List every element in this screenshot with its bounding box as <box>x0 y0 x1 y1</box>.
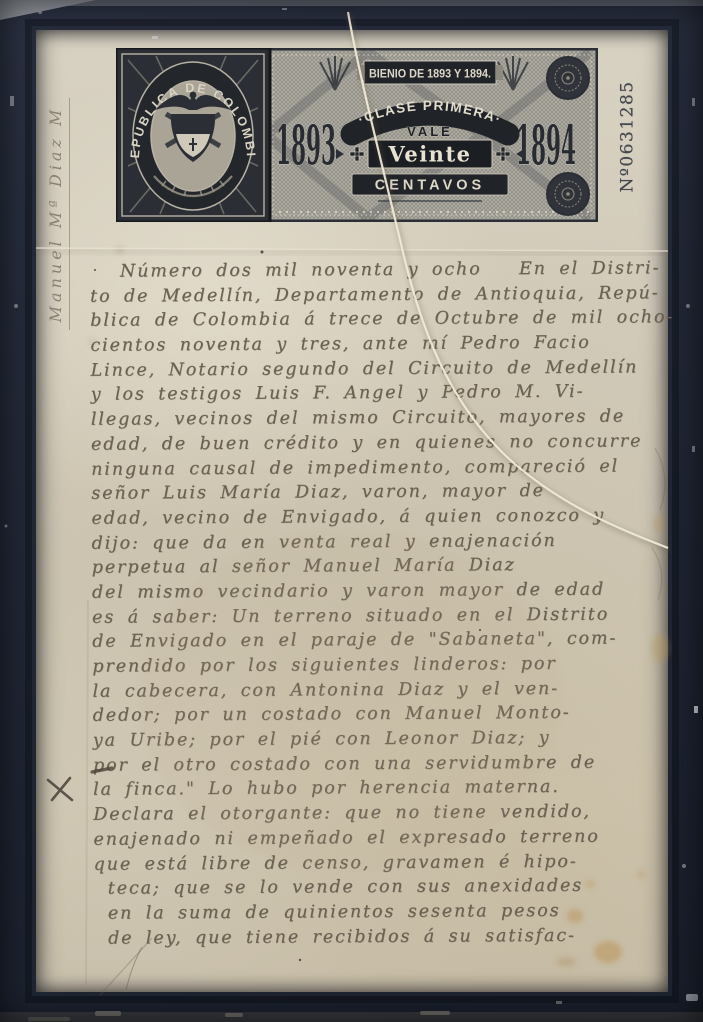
stamp-year-left: 1893 <box>276 113 336 177</box>
manuscript-line: prendido por los siguientes linderos: po… <box>92 651 658 679</box>
manuscript-line: señor Luis María Diaz, varon, mayor de <box>91 478 657 506</box>
manuscript-line: ninguna causal de impedimento, compareci… <box>91 454 657 482</box>
manuscript-text: Número dos mil noventa y ocho En el Dist… <box>90 256 660 951</box>
manuscript-line: que está libre de censo, gravamen é hipo… <box>94 849 660 877</box>
margin-signature-text: Manuel Mª Diaz M <box>46 98 70 331</box>
manuscript-line: blica de Colombia á trece de Octubre de … <box>90 306 656 334</box>
manuscript-line: y los testigos Luis F. Angel y Pedro M. … <box>91 380 657 408</box>
frame-bottom-edge <box>0 1012 703 1022</box>
manuscript-line: cientos noventa y tres, ante mí Pedro Fa… <box>90 330 656 358</box>
stamp-centavos-text: CENTAVOS <box>375 178 485 194</box>
printer-imprint <box>378 200 482 202</box>
manuscript-line: dedor; por un costado con Manuel Monto- <box>93 701 659 729</box>
manuscript-line: enajenado ni empeñado el expresado terre… <box>93 824 659 852</box>
serial-number: Nº0631285 <box>618 83 637 193</box>
manuscript-line: edad, vecino de Envigado, á quien conozc… <box>91 503 657 531</box>
manuscript-line: la finca." Lo hubo por herencia materna. <box>93 775 659 803</box>
manuscript-line: del mismo vecindario y varon mayor de ed… <box>92 577 658 605</box>
manuscript-line: de ley, que tiene recibidos á su satisfa… <box>108 923 660 951</box>
revenue-stamp: REPUBLICA DE COLOMBIA 1893 1894 <box>116 48 598 222</box>
manuscript-line: es á saber: Un terreno situado en el Dis… <box>92 602 658 630</box>
colombia-coat-of-arms: REPUBLICA DE COLOMBIA <box>116 48 270 222</box>
margin-signature: Manuel Mª Diaz M <box>46 59 68 369</box>
stamp-year-right: 1894 <box>516 113 576 177</box>
wall-corner-wedge <box>0 0 96 20</box>
manuscript-line: la cabecera, con Antonina Diaz y el ven- <box>92 676 658 704</box>
stamp-vale-text: VALE <box>407 124 453 139</box>
manuscript-line: dijo: que da en venta real y enajenación <box>92 528 658 556</box>
manuscript-line: por el otro costado con una servidumbre … <box>93 750 659 778</box>
stamp-banner-text: BIENIO DE 1893 Y 1894. <box>369 67 491 81</box>
picture-frame: REPUBLICA DE COLOMBIA 1893 1894 <box>0 0 703 1022</box>
manuscript-line: de Envigado en el paraje de "Sabaneta", … <box>92 627 658 655</box>
manuscript-line: perpetua al señor Manuel María Diaz <box>92 553 658 581</box>
stamp-denomination-text: Veinte <box>387 142 471 167</box>
rosette-icon-bottom <box>547 173 589 215</box>
manuscript-line: en la suma de quinientos sesenta pesos <box>108 898 660 926</box>
rosette-icon-top <box>547 57 589 99</box>
wall-background-sliver <box>0 0 703 6</box>
manuscript-line: teca; que se lo vende con sus anexidades <box>108 873 660 901</box>
manuscript-line: Número dos mil noventa y ocho En el Dist… <box>90 256 656 284</box>
manuscript-line: Declara el otorgante: que no tiene vendi… <box>93 799 659 827</box>
manuscript-line: to de Medellín, Departamento de Antioqui… <box>90 281 656 309</box>
manuscript-line: edad, de buen crédito y en quienes no co… <box>91 429 657 457</box>
stamp-banner: BIENIO DE 1893 Y 1894. <box>357 61 503 84</box>
manuscript-line: ya Uribe; por el pié con Leonor Diaz; y <box>93 725 659 753</box>
manuscript-line: Lince, Notario segundo del Circuito de M… <box>90 355 656 383</box>
manuscript-line: llegas, vecinos del mismo Circuito, mayo… <box>91 404 657 432</box>
